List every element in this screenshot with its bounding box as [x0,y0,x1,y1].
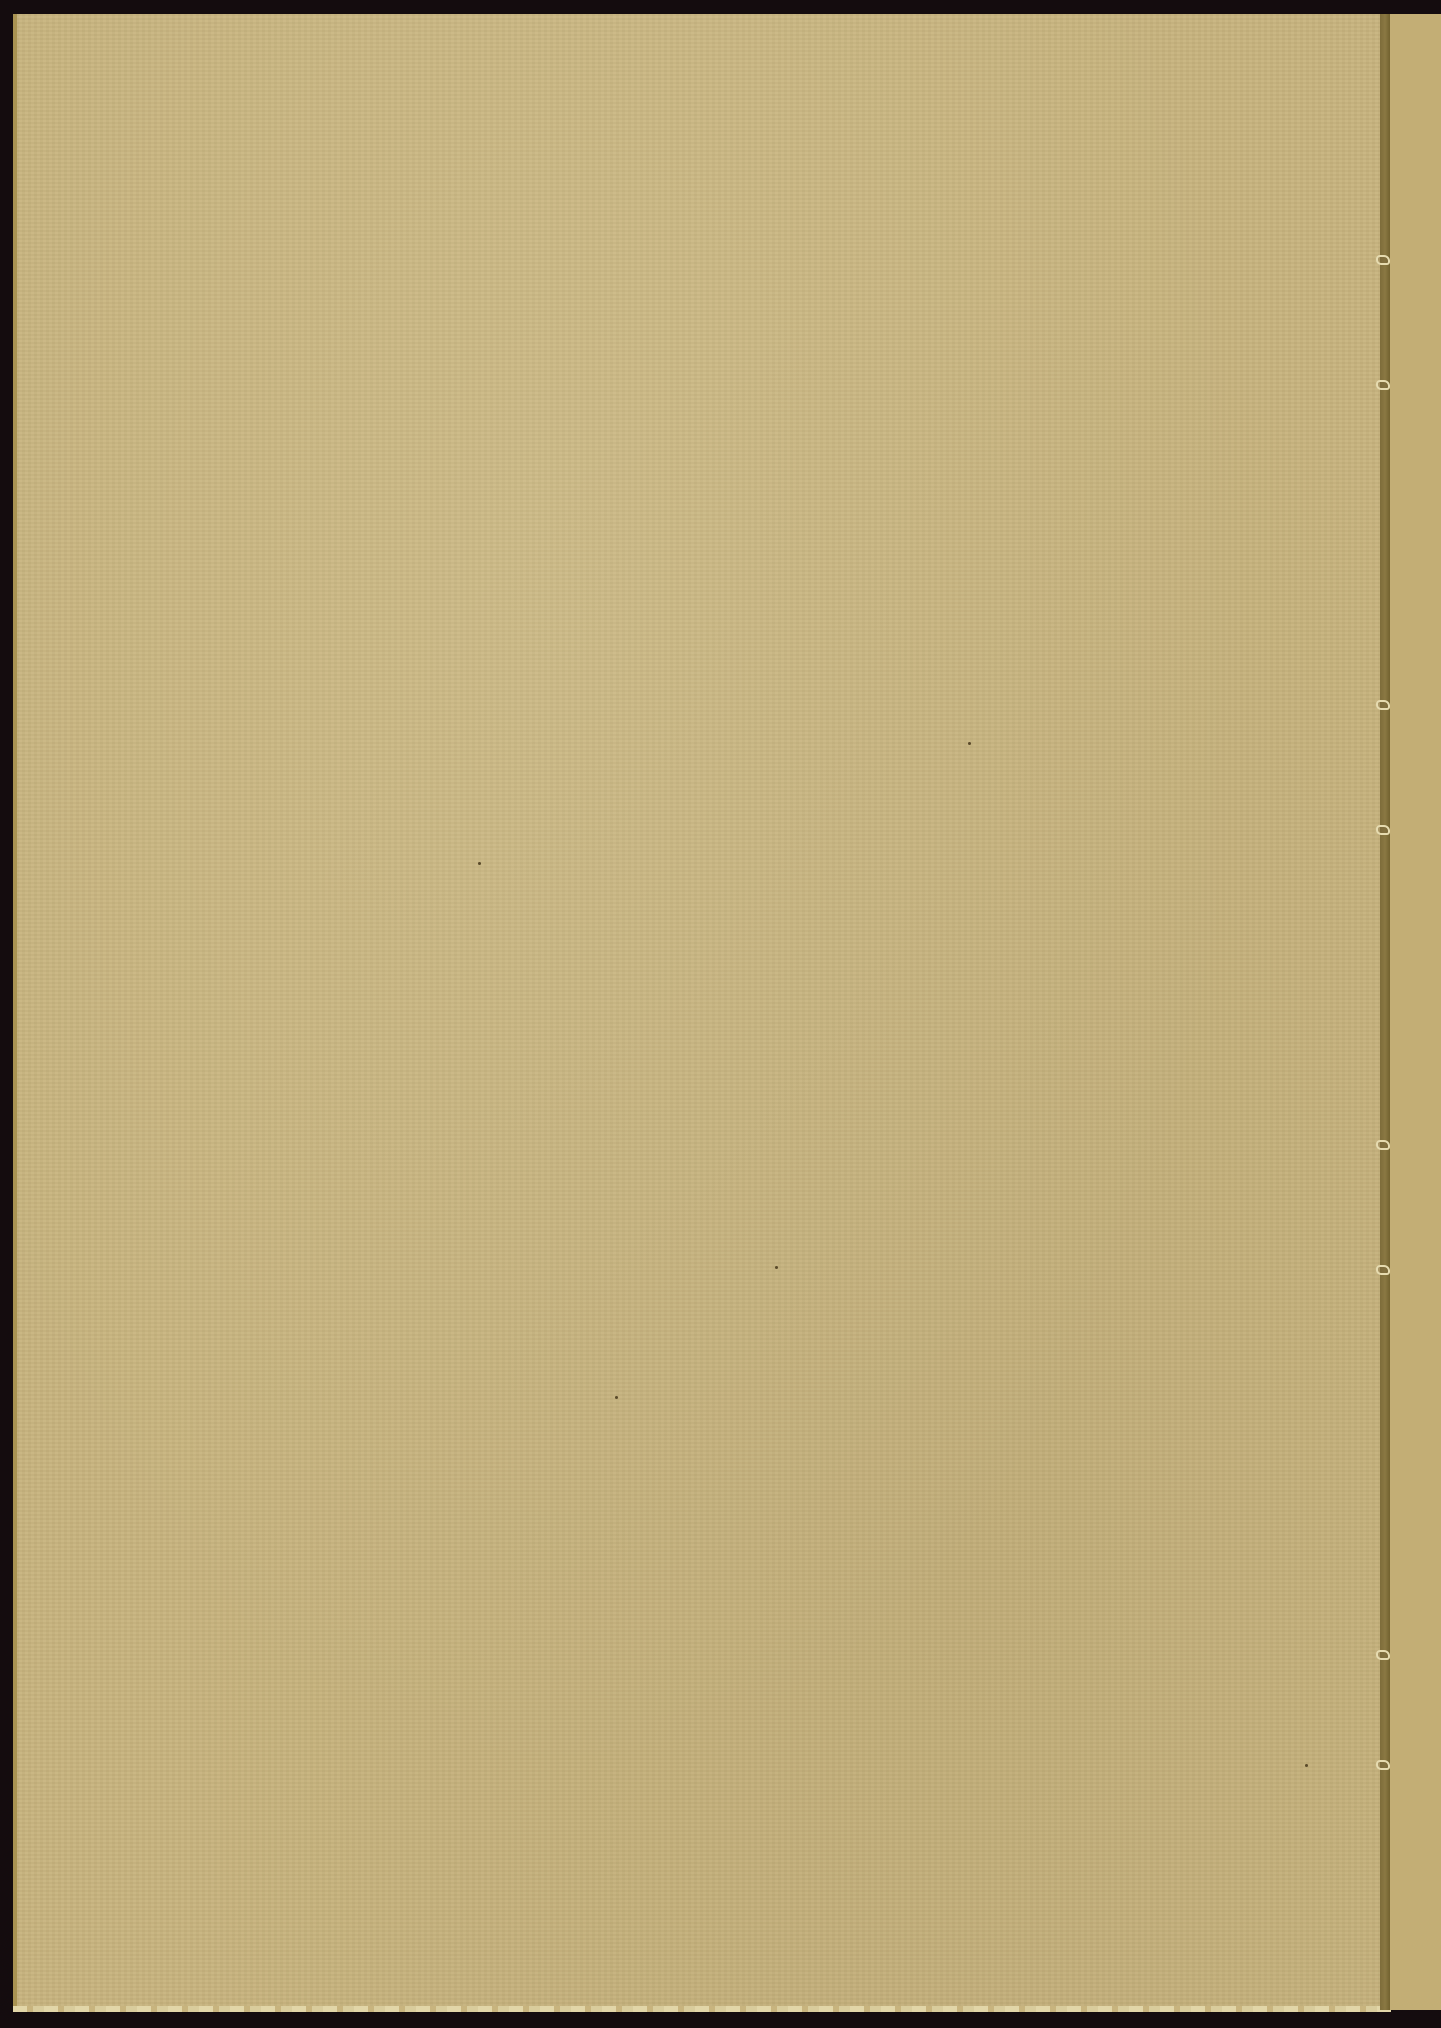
paper-speck [478,862,481,865]
paper-speck [615,1396,618,1399]
blank-page [13,14,1391,2010]
stitch-mark [1376,1265,1390,1275]
paper-speck [1305,1764,1308,1767]
stitch-mark [1376,1760,1390,1770]
stitch-mark [1376,825,1390,835]
adjacent-page-edge [1390,14,1441,2010]
stitch-mark [1376,700,1390,710]
stitch-mark [1376,1140,1390,1150]
deckle-edge [13,2006,1391,2012]
paper-speck [775,1266,778,1269]
binding-gutter [1380,14,1390,2010]
stitch-mark [1376,1650,1390,1660]
page-edge [13,14,17,2010]
stitch-mark [1376,380,1390,390]
stitch-mark [1376,255,1390,265]
paper-speck [968,742,971,745]
